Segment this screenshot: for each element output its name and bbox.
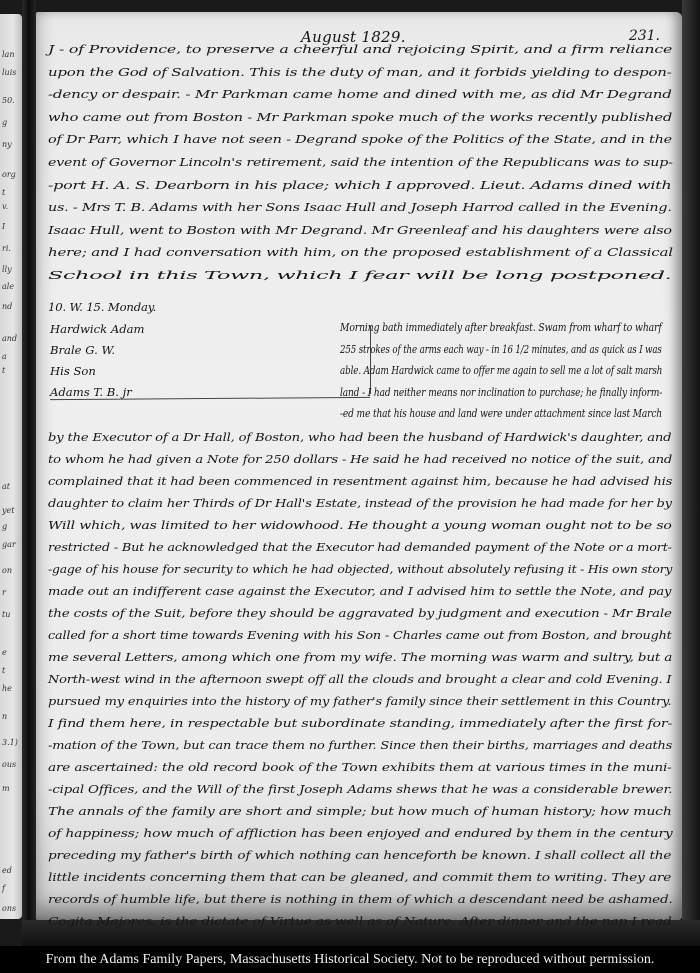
manuscript-line: -dency or despair. - Mr Parkman came hom… (48, 87, 672, 101)
facing-page-fragment: f (2, 884, 5, 893)
facing-page-fragment: n (2, 712, 7, 721)
manuscript-line: records of humble life, but there is not… (48, 892, 673, 906)
manuscript-line: pursued my enquiries into the history of… (48, 694, 671, 708)
margin-names-list: Hardwick AdamBrale G. W.His SonAdams T. … (48, 322, 142, 422)
margin-name: His Son (50, 364, 96, 378)
manuscript-line: able. Adam Hardwick came to offer me aga… (340, 363, 662, 377)
manuscript-line: Cogita Majores, is the dictate of Virtue… (48, 914, 672, 928)
manuscript-line: The annals of the family are short and s… (48, 804, 672, 818)
facing-page-fragment: 50. (2, 96, 15, 105)
facing-page-fragment: v. (2, 202, 8, 211)
manuscript-line: daughter to claim her Thirds of Dr Hall'… (48, 496, 672, 510)
manuscript-line: by the Executor of a Dr Hall, of Boston,… (48, 430, 671, 444)
manuscript-line: J - of Providence, to preserve a cheerfu… (48, 42, 672, 56)
manuscript-line: Isaac Hull, went to Boston with Mr Degra… (48, 223, 672, 237)
manuscript-line: 255 strokes of the arms each way - in 16… (340, 342, 662, 356)
copyright-footer: From the Adams Family Papers, Massachuse… (0, 946, 700, 973)
facing-page-fragment: ale (2, 282, 14, 291)
book-gutter (22, 0, 36, 946)
facing-page-fragment: ri. (2, 244, 11, 253)
facing-page-fragment: ny (2, 140, 12, 149)
facing-page-fragment: he (2, 684, 12, 693)
manuscript-line: -port H. A. S. Dearborn in his place; wh… (48, 178, 671, 192)
manuscript-line: here; and I had conversation with him, o… (48, 245, 673, 259)
manuscript-line: -cipal Offices, and the Will of the firs… (48, 782, 672, 796)
manuscript-line: School in this Town, which I fear will b… (48, 268, 671, 282)
manuscript-line: upon the God of Salvation. This is the d… (48, 65, 672, 79)
facing-page-fragment: t (2, 366, 5, 375)
manuscript-line: of Dr Parr, which I have not seen - Degr… (48, 132, 672, 146)
manuscript-line: -mation of the Town, but can trace them … (48, 738, 672, 752)
manuscript-line: Morning bath immediately after breakfast… (340, 320, 662, 334)
manuscript-line: are ascertained: the old record book of … (48, 760, 672, 774)
facing-page-fragment: tu (2, 610, 10, 619)
facing-page-fragment: gar (2, 540, 16, 549)
facing-page-fragment: lan (2, 50, 14, 59)
manuscript-line: Will which, was limited to her widowhood… (48, 518, 672, 532)
facing-page-fragment: luis (2, 68, 16, 77)
facing-page-fragment: org (2, 170, 16, 179)
facing-page-fragment: r (2, 588, 6, 597)
margin-name: Brale G. W. (50, 343, 115, 357)
facing-page-fragment: t (2, 188, 5, 197)
manuscript-line: land - I had neither means nor inclinati… (340, 385, 662, 399)
facing-page-fragment: t (2, 666, 5, 675)
manuscript-line: I find them here, in respectable but sub… (48, 716, 672, 730)
margin-name: Adams T. B. jr (50, 385, 132, 399)
entry-date-label: 10. W. 15. Monday. (48, 300, 156, 314)
facing-page-fragment: nd (2, 302, 12, 311)
manuscript-line: called for a short time towards Evening … (48, 628, 672, 642)
facing-page-fragment: a (2, 352, 7, 361)
manuscript-line: the costs of the Suit, before they shoul… (48, 606, 672, 620)
facing-page-fragment: at (2, 482, 10, 491)
facing-page-fragment: I (2, 222, 5, 231)
manuscript-line: preceding my father's birth of which not… (48, 848, 671, 862)
facing-page-fragment: and (2, 334, 17, 343)
manuscript-line: North-west wind in the afternoon swept o… (48, 672, 671, 686)
facing-page-fragment: on (2, 566, 12, 575)
facing-page-fragment: ed (2, 866, 12, 875)
manuscript-line: me several Letters, among which one from… (48, 650, 672, 664)
manuscript-line: us. - Mrs T. B. Adams with her Sons Isaa… (48, 200, 672, 214)
manuscript-line: of happiness; how much of affliction has… (48, 826, 673, 840)
page-edge-shadow (682, 0, 700, 946)
manuscript-line: who came out from Boston - Mr Parkman sp… (48, 110, 672, 124)
facing-page-fragment: m (2, 784, 10, 793)
facing-page-fragment: g (2, 118, 7, 127)
facing-page-fragment: yet (2, 506, 14, 515)
margin-name: Hardwick Adam (50, 322, 145, 336)
facing-page-fragment: 3.1) (2, 738, 18, 747)
manuscript-line: made out an indifferent case against the… (48, 584, 671, 598)
facing-page-fragment: ous (2, 760, 16, 769)
facing-page-fragment: ons (2, 904, 16, 913)
diary-page: August 1829. 231. J - of Providence, to … (36, 12, 682, 920)
facing-page-fragment: g (2, 522, 7, 531)
manuscript-line: complained that it had been commenced in… (48, 474, 672, 488)
manuscript-scan: lanluis50.gnyorgtv.Iri.llyalendandatatye… (0, 0, 700, 946)
manuscript-line: restricted - But he acknowledged that th… (48, 540, 672, 554)
facing-page-fragment: e (2, 648, 7, 657)
manuscript-line: to whom he had given a Note for 250 doll… (48, 452, 672, 466)
manuscript-line: little incidents concerning them that ca… (48, 870, 671, 884)
facing-page-fragment: lly (2, 265, 12, 274)
manuscript-line: event of Governor Lincoln's retirement, … (48, 155, 673, 169)
manuscript-line: -ed me that his house and land were unde… (340, 406, 662, 420)
facing-page-edge: lanluis50.gnyorgtv.Iri.llyalendandatatye… (0, 14, 22, 919)
manuscript-line: -gage of his house for security to which… (48, 562, 672, 576)
